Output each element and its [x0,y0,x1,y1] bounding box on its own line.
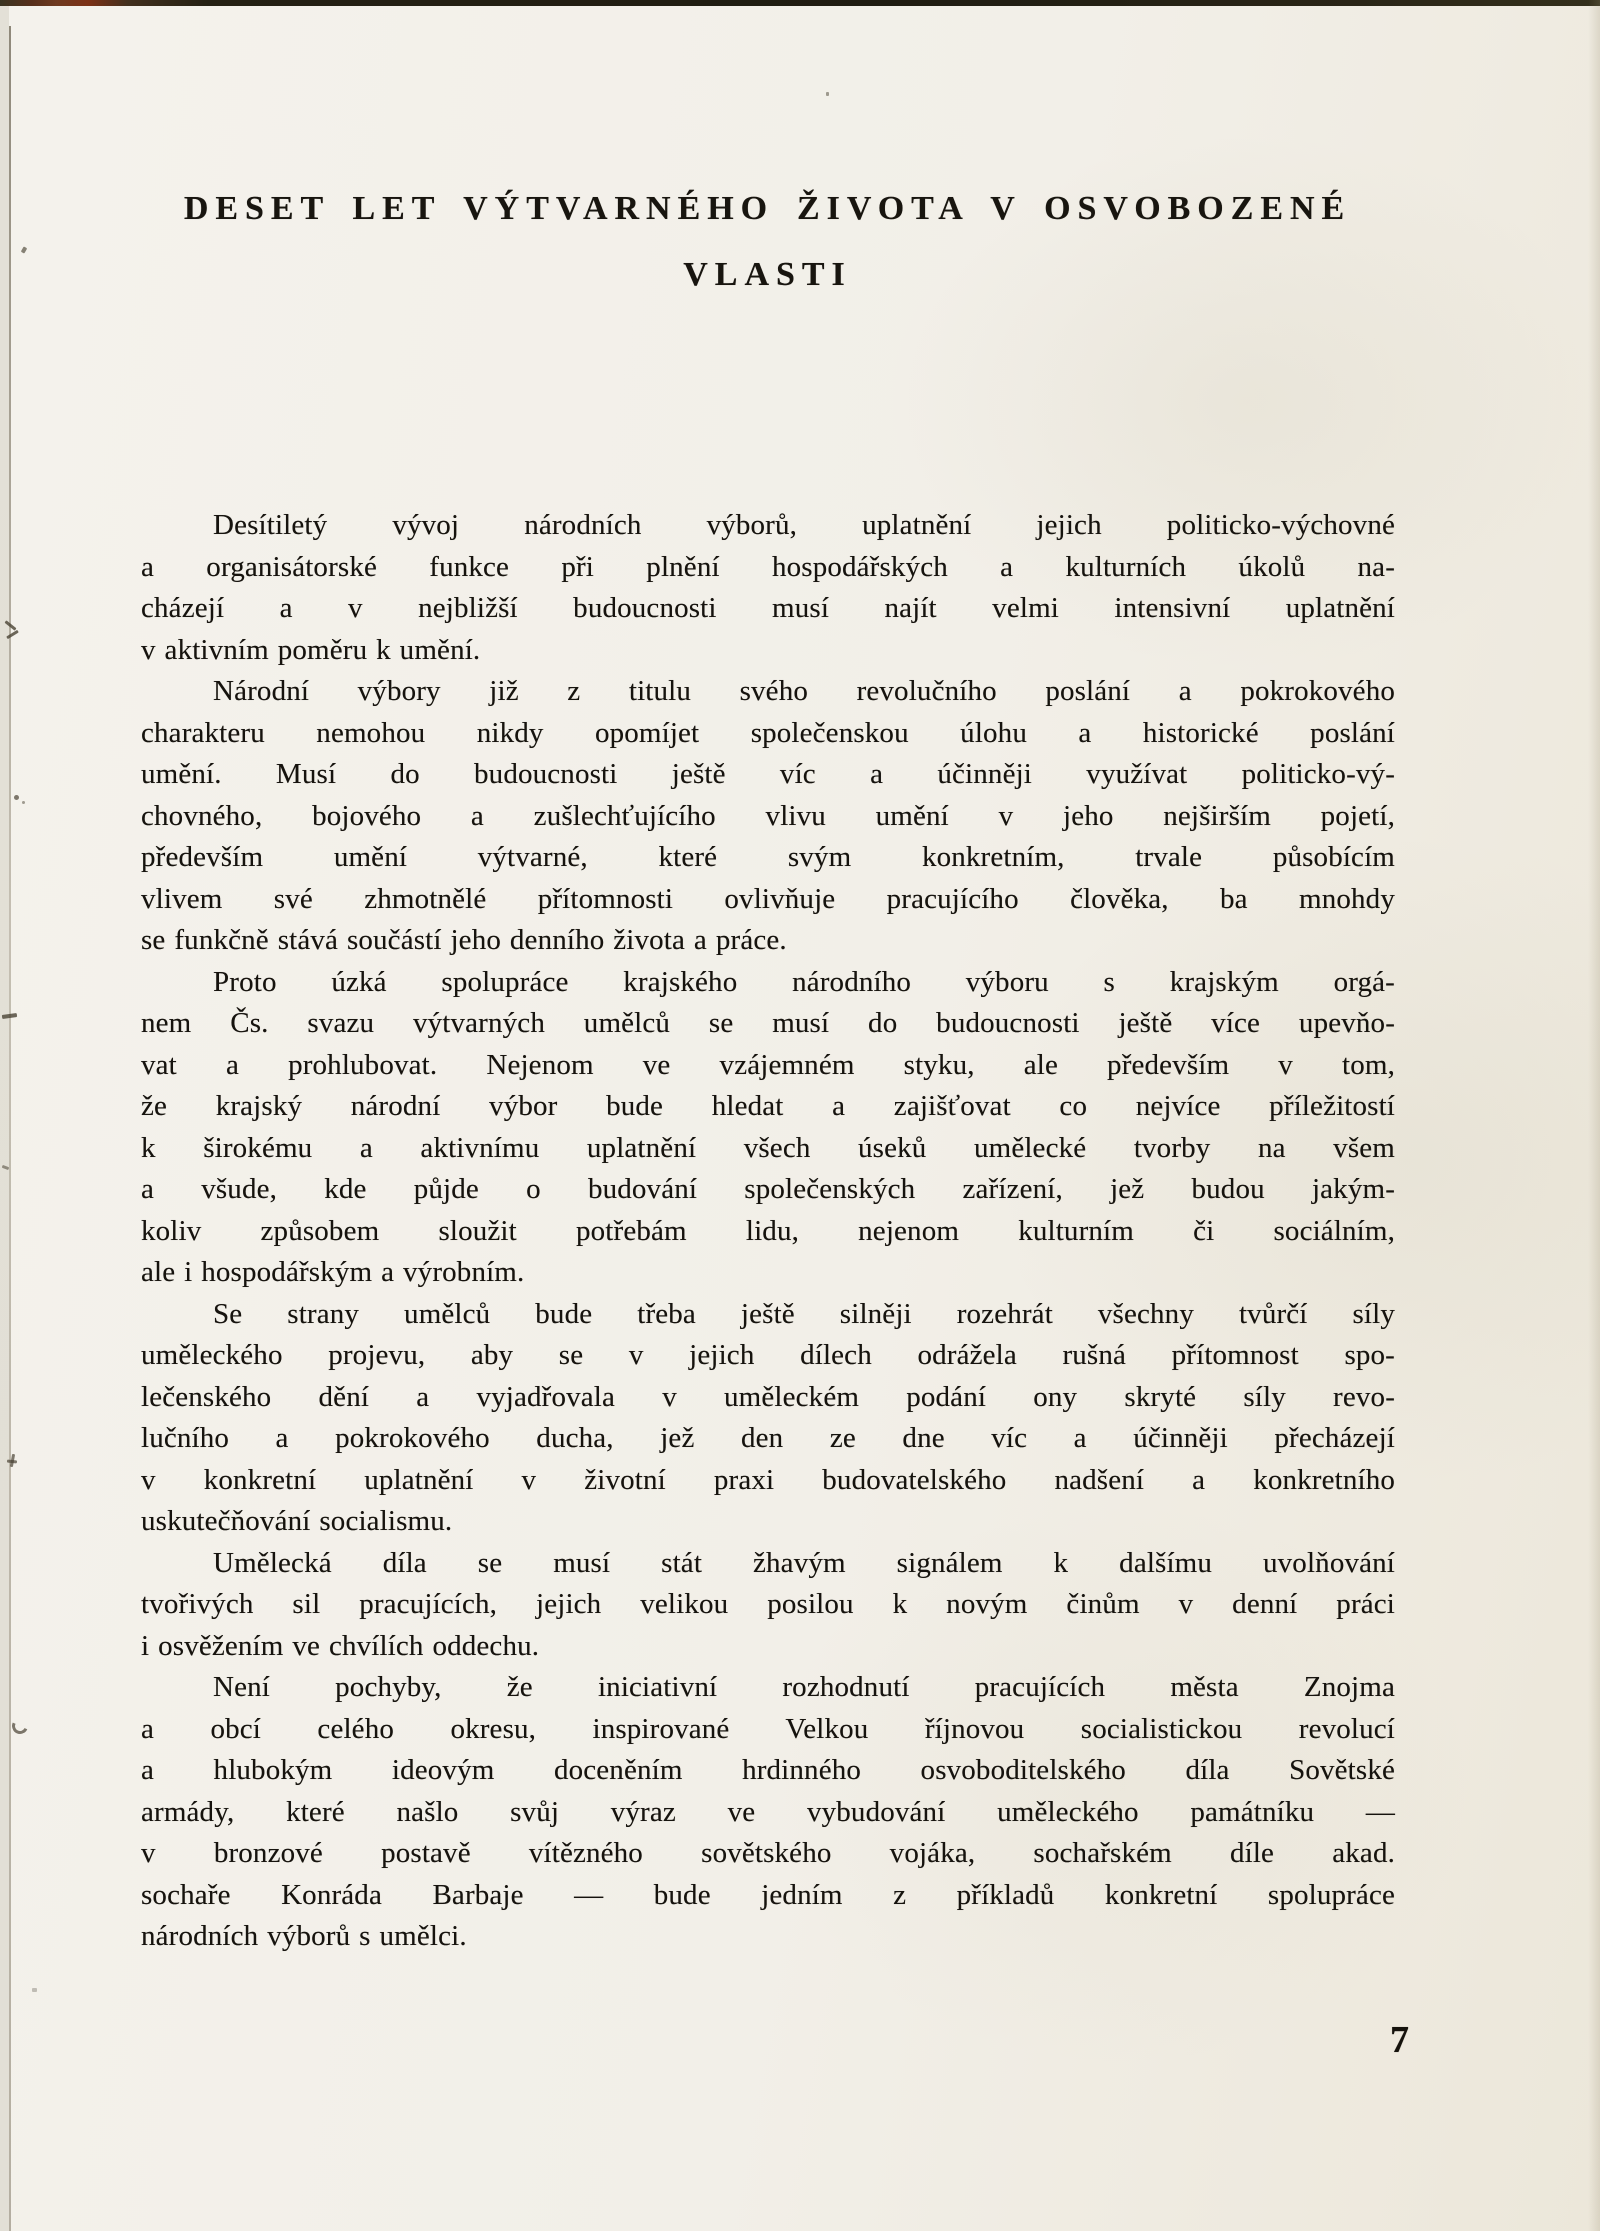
body-text: Desítiletý vývoj národních výborů, uplat… [141,505,1395,1958]
paragraph-line: tvořivých sil pracujících, jejich veliko… [141,1584,1395,1626]
paragraph: Desítiletý vývoj národních výborů, uplat… [141,505,1395,671]
paragraph-line: a všude, kde půjde o budování společensk… [141,1169,1395,1211]
paragraph: Umělecká díla se musí stát žhavým signál… [141,1543,1395,1668]
paragraph-line: Desítiletý vývoj národních výborů, uplat… [141,505,1395,547]
paragraph-line: ale i hospodářským a výrobním. [141,1252,1395,1294]
paragraph-line: uměleckého projevu, aby se v jejich díle… [141,1335,1395,1377]
page-top-edge-shadow [0,0,1600,6]
paragraph-line: charakteru nemohou nikdy opomíjet společ… [141,713,1395,755]
paragraph-line: koliv způsobem sloužit potřebám lidu, ne… [141,1211,1395,1253]
paragraph-line: se funkčně stává součástí jeho denního ž… [141,920,1395,962]
scan-artifact [32,1988,37,1992]
page-title: DESET LET VÝTVARNÉHO ŽIVOTA V OSVOBOZENÉ… [140,176,1395,308]
paragraph-line: armády, které našlo svůj výraz ve vybudo… [141,1792,1395,1834]
paragraph-line: chovného, bojového a zušlechťujícího vli… [141,796,1395,838]
paragraph-line: uskutečňování socialismu. [141,1501,1395,1543]
page-left-edge [0,6,9,2231]
paragraph-line: sochaře Konráda Barbaje — bude jedním z … [141,1875,1395,1917]
paragraph-line: v bronzové postavě vítězného sovětského … [141,1833,1395,1875]
paragraph: Není pochyby, že iniciativní rozhodnutí … [141,1667,1395,1958]
paragraph-line: že krajský národní výbor bude hledat a z… [141,1086,1395,1128]
paragraph-line: nem Čs. svazu výtvarných umělců se musí … [141,1003,1395,1045]
paragraph: Proto úzká spolupráce krajského národníh… [141,962,1395,1294]
paragraph: Národní výbory již z titulu svého revolu… [141,671,1395,962]
paragraph-line: v konkretní uplatnění v životní praxi bu… [141,1460,1395,1502]
paragraph-line: lečenského dění a vyjadřovala v umělecké… [141,1377,1395,1419]
paragraph-line: umění. Musí do budoucnosti ještě víc a ú… [141,754,1395,796]
paragraph: Se strany umělců bude třeba ještě silněj… [141,1294,1395,1543]
paragraph-line: Se strany umělců bude třeba ještě silněj… [141,1294,1395,1336]
scan-artifact [14,795,19,800]
page-title-line2: VLASTI [140,242,1395,308]
paragraph-line: vlivem své zhmotnělé přítomnosti ovlivňu… [141,879,1395,921]
paragraph-line: především umění výtvarné, které svým kon… [141,837,1395,879]
page-right-edge-shadow [1588,0,1600,2231]
scan-artifact [10,1716,31,1737]
book-page: DESET LET VÝTVARNÉHO ŽIVOTA V OSVOBOZENÉ… [0,0,1600,2231]
scan-artifact [826,92,829,96]
paragraph-line: i osvěžením ve chvílích oddechu. [141,1626,1395,1668]
paragraph-line: a obcí celého okresu, inspirované Velkou… [141,1709,1395,1751]
page-title-line1: DESET LET VÝTVARNÉHO ŽIVOTA V OSVOBOZENÉ [140,176,1395,242]
paragraph-line: Národní výbory již z titulu svého revolu… [141,671,1395,713]
paragraph-line: vat a prohlubovat. Nejenom ve vzájemném … [141,1045,1395,1087]
paragraph-line: v aktivním poměru k umění. [141,630,1395,672]
paragraph-line: Není pochyby, že iniciativní rozhodnutí … [141,1667,1395,1709]
left-fold-line [9,26,11,2231]
page-number: 7 [1335,2018,1410,2062]
paragraph-line: cházejí a v nejbližší budoucnosti musí n… [141,588,1395,630]
paragraph-line: národních výborů s umělci. [141,1916,1395,1958]
paragraph-line: lučního a pokrokového ducha, jež den ze … [141,1418,1395,1460]
scan-artifact [21,246,27,253]
paragraph-line: a hlubokým ideovým doceněním hrdinného o… [141,1750,1395,1792]
paragraph-line: a organisátorské funkce při plnění hospo… [141,547,1395,589]
paragraph-line: Umělecká díla se musí stát žhavým signál… [141,1543,1395,1585]
paragraph-line: Proto úzká spolupráce krajského národníh… [141,962,1395,1004]
scan-artifact [22,801,25,804]
paragraph-line: k širokému a aktivnímu uplatnění všech ú… [141,1128,1395,1170]
